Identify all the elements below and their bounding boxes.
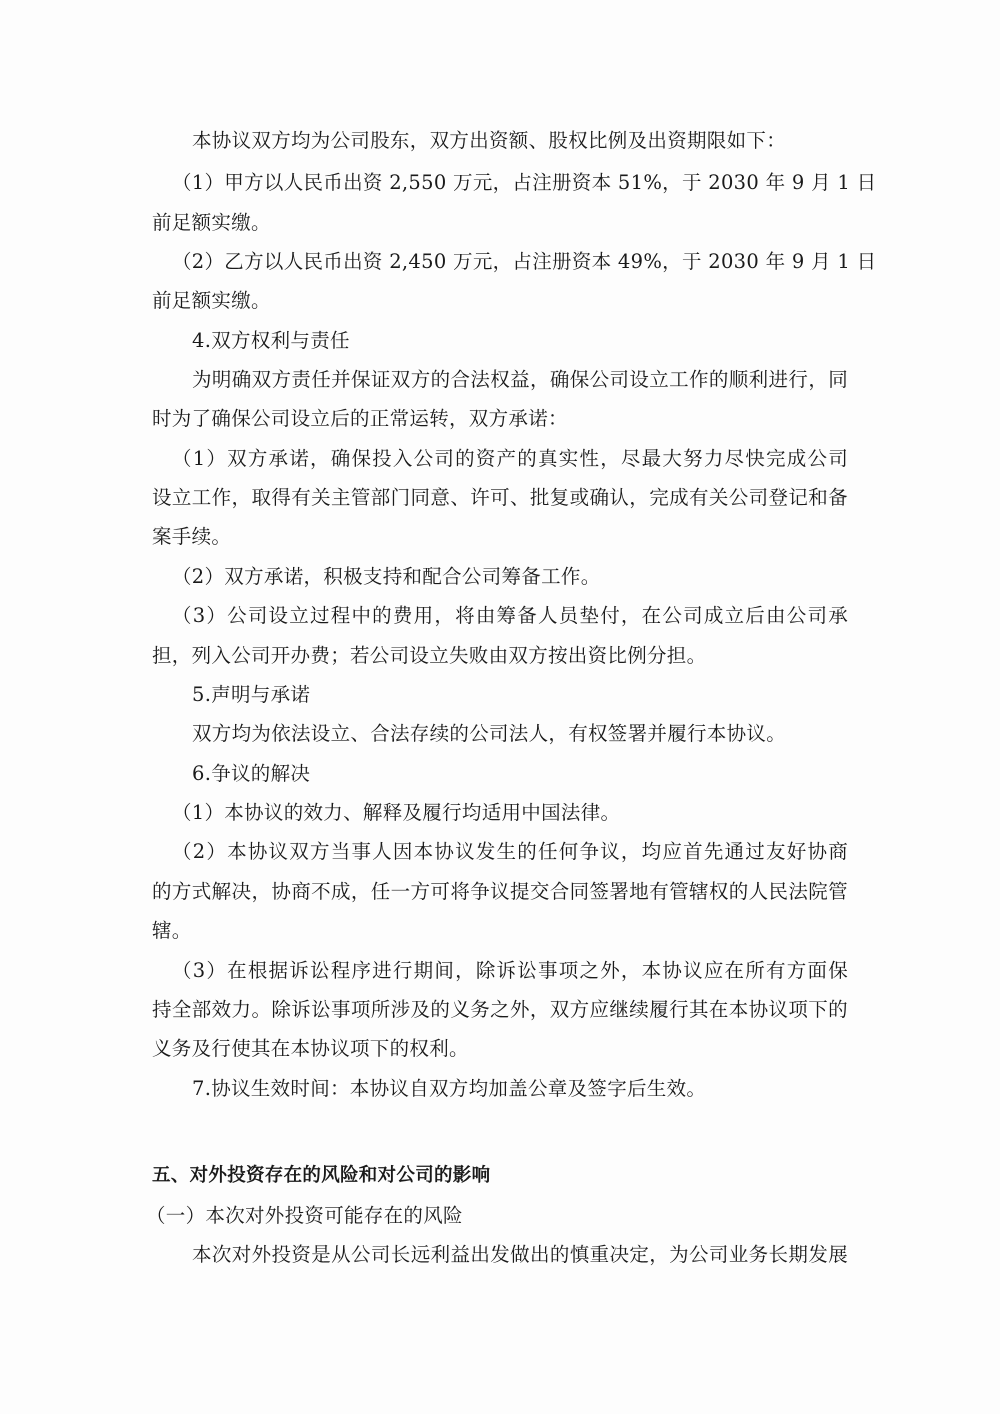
subsection-risks-title: （一）本次对外投资可能存在的风险 [146, 1203, 463, 1229]
heading-dispute-resolution: 6.争议的解决 [192, 761, 310, 787]
commitment-intro-line1: 为明确双方责任并保证双方的合法权益，确保公司设立工作的顺利进行，同 [192, 367, 848, 393]
heading-declarations: 5.声明与承诺 [192, 682, 310, 708]
document-page: 本协议双方均为公司股东，双方出资额、股权比例及出资期限如下： （1）甲方以人民币… [0, 0, 1000, 1414]
dispute-3-line1: （3）在根据诉讼程序进行期间，除诉讼事项之外，本协议应在所有方面保 [172, 958, 848, 984]
heading-rights-and-responsibilities: 4.双方权利与责任 [192, 328, 350, 354]
party-b-contribution-line1: （2）乙方以人民币出资 2,450 万元，占注册资本 49%，于 2030 年 … [172, 249, 848, 275]
effective-date-clause: 7.协议生效时间：本协议自双方均加盖公章及签字后生效。 [192, 1076, 706, 1102]
dispute-3-line2: 持全部效力。除诉讼事项所涉及的义务之外，双方应继续履行其在本协议项下的 [152, 997, 848, 1023]
party-a-contribution-line1: （1）甲方以人民币出资 2,550 万元，占注册资本 51%，于 2030 年 … [172, 170, 848, 196]
dispute-2-line3: 辖。 [152, 918, 192, 944]
section-five-title: 五、对外投资存在的风险和对公司的影响 [152, 1163, 490, 1189]
dispute-2-line2: 的方式解决，协商不成，任一方可将争议提交合同签署地有管辖权的人民法院管 [152, 879, 848, 905]
party-b-contribution-line2: 前足额实缴。 [152, 288, 271, 314]
party-a-contribution-line2: 前足额实缴。 [152, 210, 271, 236]
commitment-2: （2）双方承诺，积极支持和配合公司筹备工作。 [172, 564, 601, 590]
dispute-1: （1）本协议的效力、解释及履行均适用中国法律。 [172, 800, 620, 826]
commitment-1-line3: 案手续。 [152, 524, 231, 550]
risks-body-line1: 本次对外投资是从公司长远利益出发做出的慎重决定，为公司业务长期发展 [192, 1242, 848, 1268]
commitment-1-line1: （1）双方承诺，确保投入公司的资产的真实性，尽最大努力尽快完成公司 [172, 446, 848, 472]
commitment-3-line1: （3）公司设立过程中的费用，将由筹备人员垫付，在公司成立后由公司承 [172, 603, 848, 629]
commitment-intro-line2: 时为了确保公司设立后的正常运转，双方承诺： [152, 406, 568, 432]
declarations-text: 双方均为依法设立、合法存续的公司法人，有权签署并履行本协议。 [192, 721, 786, 747]
commitment-3-line2: 担，列入公司开办费；若公司设立失败由双方按出资比例分担。 [152, 643, 706, 669]
commitment-1-line2: 设立工作，取得有关主管部门同意、许可、批复或确认，完成有关公司登记和备 [152, 485, 848, 511]
dispute-3-line3: 义务及行使其在本协议项下的权利。 [152, 1036, 469, 1062]
paragraph-capital-intro: 本协议双方均为公司股东，双方出资额、股权比例及出资期限如下： [192, 128, 786, 154]
dispute-2-line1: （2）本协议双方当事人因本协议发生的任何争议，均应首先通过友好协商 [172, 839, 848, 865]
